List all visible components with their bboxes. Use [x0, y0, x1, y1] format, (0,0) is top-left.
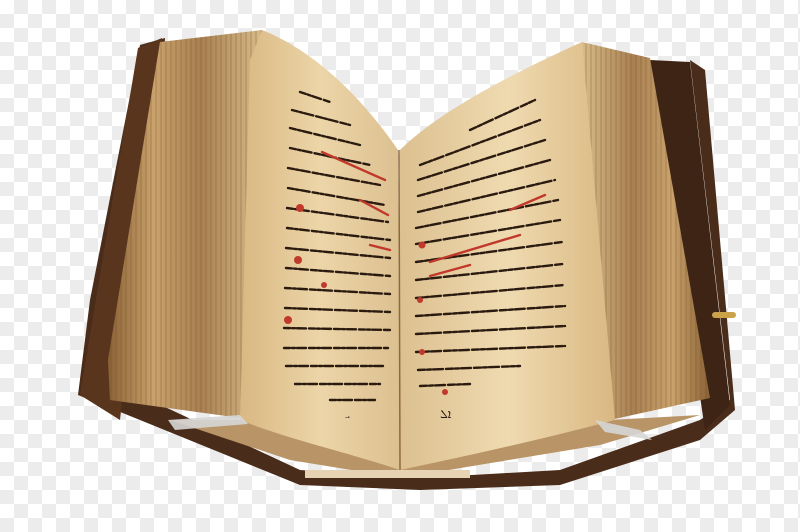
svg-text:ܝ: ܝ — [345, 411, 350, 421]
page-marker: ܐܠ — [440, 407, 452, 421]
manuscript-book: ܝ ܐܠ — [0, 0, 800, 532]
left-page — [240, 30, 400, 470]
right-page — [400, 42, 615, 470]
spine-headband — [305, 470, 470, 478]
clasp-icon — [712, 312, 736, 318]
